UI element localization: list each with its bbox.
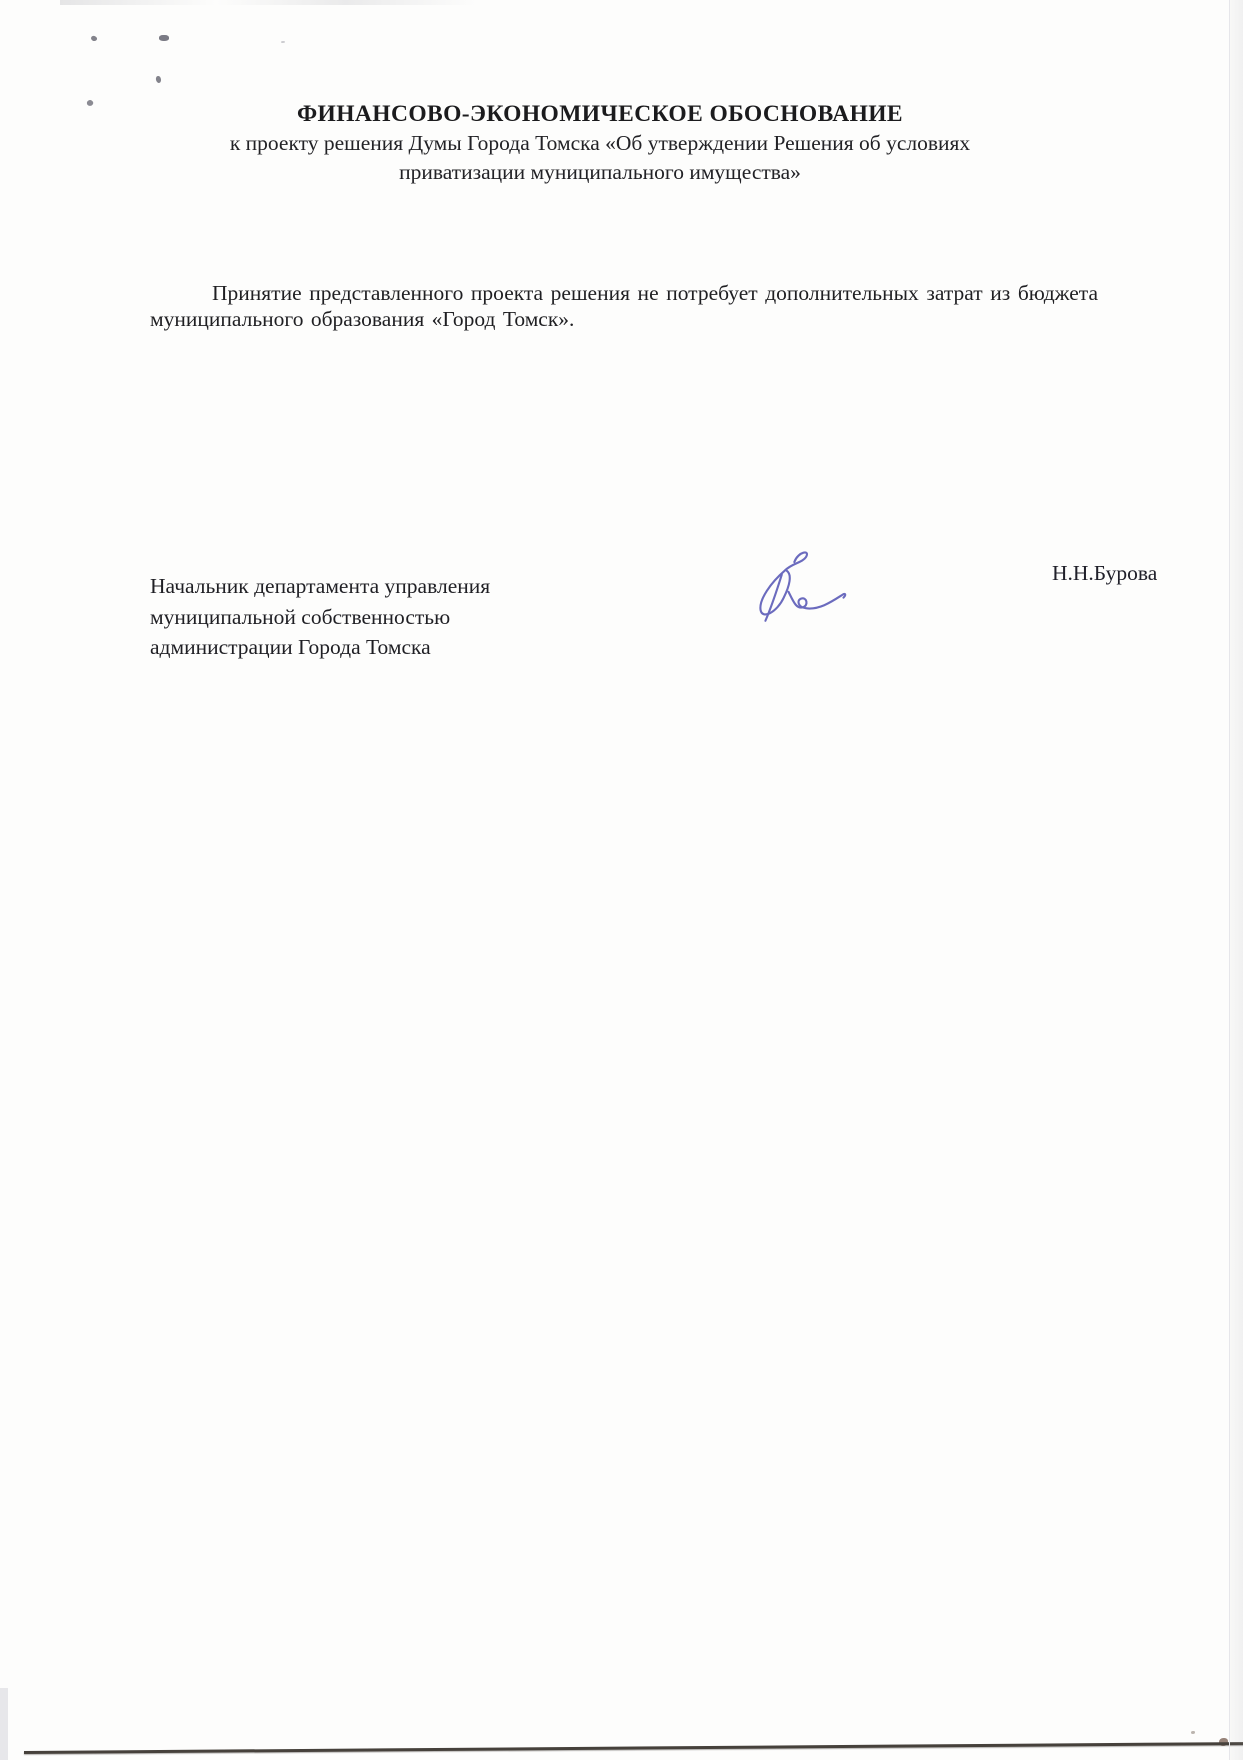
signer-position-line1: Начальник департамента управления (150, 571, 630, 602)
document-subtitle-line2: приватизации муниципального имущества» (130, 158, 1070, 187)
signer-position-block: Начальник департамента управления муници… (150, 571, 630, 663)
scan-right-edge (1229, 0, 1243, 1760)
scan-speck (90, 35, 98, 42)
handwritten-signature-icon (750, 546, 856, 630)
scan-smudge (60, 0, 580, 5)
scan-speck (86, 99, 94, 107)
signer-position-line3: администрации Города Томска (150, 632, 630, 663)
scan-speck (281, 41, 285, 43)
scan-speck (1191, 1731, 1195, 1734)
signer-position-line2: муниципальной собственностью (150, 602, 630, 633)
document-page: ФИНАНСОВО-ЭКОНОМИЧЕСКОЕ ОБОСНОВАНИЕ к пр… (0, 0, 1243, 1760)
document-title: ФИНАНСОВО-ЭКОНОМИЧЕСКОЕ ОБОСНОВАНИЕ (130, 99, 1070, 129)
scan-left-edge (0, 1688, 8, 1760)
document-subtitle-line1: к проекту решения Думы Города Томска «Об… (130, 129, 1070, 158)
document-header: ФИНАНСОВО-ЭКОНОМИЧЕСКОЕ ОБОСНОВАНИЕ к пр… (130, 99, 1070, 187)
scan-bottom-edge-line (24, 1742, 1243, 1754)
scan-speck (155, 75, 162, 83)
scan-speck (159, 35, 169, 41)
signer-name: Н.Н.Бурова (1052, 561, 1157, 586)
body-paragraph: Принятие представленного проекта решения… (150, 280, 1098, 332)
